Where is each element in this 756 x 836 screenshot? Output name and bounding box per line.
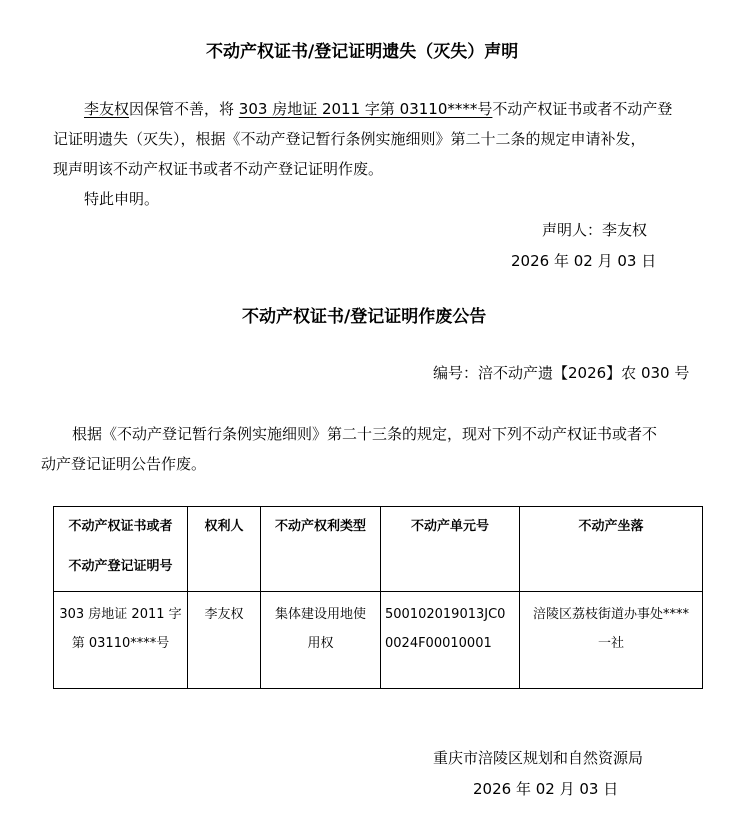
header-cert-number-line2: 不动产登记证明号 (58, 547, 183, 587)
announcement-number: 编号：涪不动产遗【2026】农 030 号 (433, 363, 689, 383)
cell-right-type-line2: 用权 (265, 629, 376, 658)
certificate-number: 303 房地证 2011 字第 03110****号 (239, 100, 493, 118)
announcement-intro-line1: 根据《不动产登记暂行条例实施细则》第二十三条的规定，现对下列不动产权证书或者不 (72, 424, 657, 444)
statement-text-b: 不动产权证书或者不动产登 (492, 100, 672, 118)
cell-unit-number: 500102019013JC0 0024F00010001 (381, 592, 520, 689)
table-row: 303 房地证 2011 字 第 03110****号 李友权 集体建设用地使 … (54, 592, 703, 689)
cell-unit-number-line2: 0024F00010001 (385, 629, 515, 658)
header-right-holder: 权利人 (188, 507, 261, 592)
cell-location: 涪陵区荔枝街道办事处**** 一社 (520, 592, 703, 689)
announcement-title: 不动产权证书/登记证明作废公告 (242, 302, 486, 327)
cell-cert-number-line1: 303 房地证 2011 字 (58, 600, 183, 629)
cell-location-line1: 涪陵区荔枝街道办事处**** (524, 600, 698, 629)
cell-right-holder-value: 李友权 (192, 600, 256, 629)
cell-unit-number-line1: 500102019013JC0 (385, 600, 515, 629)
announcement-date: 2026 年 02 月 03 日 (473, 779, 618, 799)
statement-title: 不动产权证书/登记证明遗失（灭失）声明 (206, 37, 518, 62)
cell-location-line2: 一社 (524, 629, 698, 658)
statement-date: 2026 年 02 月 03 日 (511, 251, 656, 271)
owner-name: 李友权 (84, 100, 129, 118)
statement-text-a: 因保管不善，将 (129, 100, 239, 118)
header-unit-number-label: 不动产单元号 (385, 507, 515, 547)
cell-cert-number-line2: 第 03110****号 (58, 629, 183, 658)
statement-para1-line1: 李友权因保管不善，将 303 房地证 2011 字第 03110****号不动产… (84, 99, 672, 119)
header-right-type-label: 不动产权利类型 (265, 507, 376, 547)
header-right-type: 不动产权利类型 (261, 507, 381, 592)
header-location-label: 不动产坐落 (524, 507, 698, 547)
cell-right-holder: 李友权 (188, 592, 261, 689)
header-unit-number: 不动产单元号 (381, 507, 520, 592)
cell-right-type: 集体建设用地使 用权 (261, 592, 381, 689)
cell-right-type-line1: 集体建设用地使 (265, 600, 376, 629)
header-cert-number: 不动产权证书或者 不动产登记证明号 (54, 507, 188, 592)
announcement-intro-line2: 动产登记证明公告作废。 (41, 454, 206, 474)
header-location: 不动产坐落 (520, 507, 703, 592)
header-cert-number-line1: 不动产权证书或者 (58, 507, 183, 547)
statement-para1-line2: 记证明遗失（灭失），根据《不动产登记暂行条例实施细则》第二十二条的规定申请补发， (53, 129, 646, 149)
issuer-name: 重庆市涪陵区规划和自然资源局 (433, 748, 643, 768)
void-certificates-table: 不动产权证书或者 不动产登记证明号 权利人 不动产权利类型 不动产单元号 不动产… (53, 506, 703, 689)
cell-cert-number: 303 房地证 2011 字 第 03110****号 (54, 592, 188, 689)
statement-para1-line3: 现声明该不动产权证书或者不动产登记证明作废。 (53, 159, 383, 179)
declarant: 声明人：李友权 (542, 220, 647, 240)
table-header-row: 不动产权证书或者 不动产登记证明号 权利人 不动产权利类型 不动产单元号 不动产… (54, 507, 703, 592)
header-right-holder-label: 权利人 (192, 507, 256, 547)
statement-para2: 特此申明。 (84, 189, 159, 209)
